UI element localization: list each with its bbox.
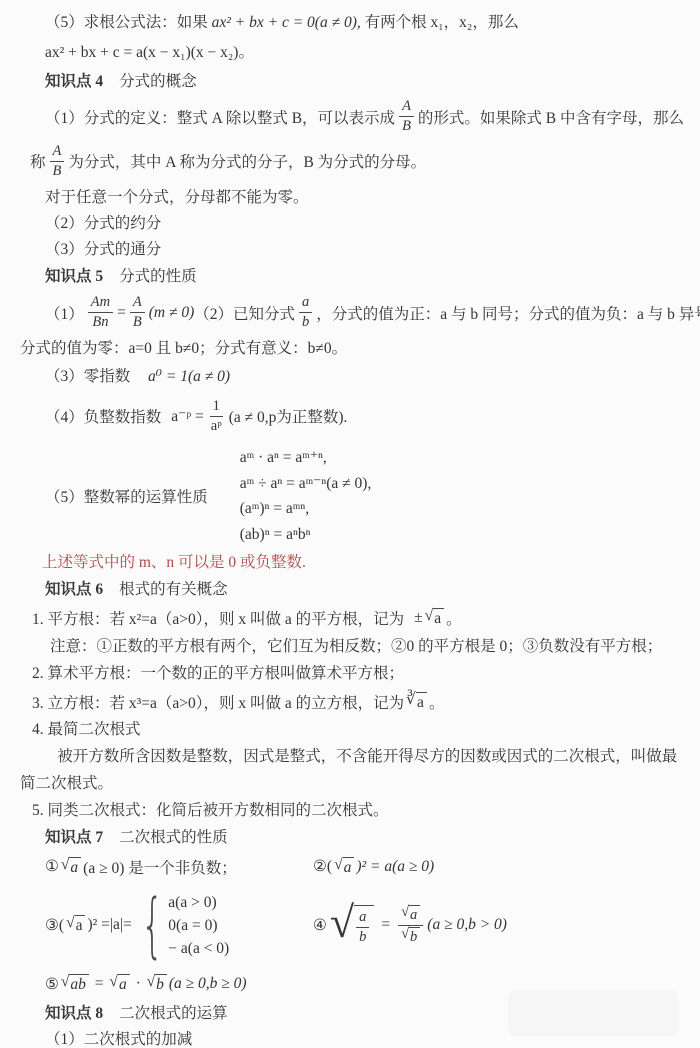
kp7-c5-condition: (a ≥ 0,b ≥ 0) [169, 975, 247, 993]
kp7-heading: 知识点 7二次根式的性质 [20, 824, 682, 851]
radicand: a [433, 608, 444, 628]
watermark [508, 990, 678, 1036]
power-rule-distributive: (ab)ⁿ = aⁿbⁿ [240, 522, 372, 548]
kp5-heading-title: 分式的性质 [119, 268, 197, 285]
kp4-def2-pre: 称 [30, 150, 46, 172]
square-root-of-fraction: √ a b [330, 905, 374, 945]
kp6-heading-label: 知识点 6 [45, 581, 103, 598]
fraction-1-over-a-power-p: 1 aᵖ [208, 398, 225, 434]
quadratic-equation: ax² + bx + c = 0(a ≠ 0), [212, 14, 361, 31]
fraction-numerator: A [399, 98, 414, 117]
zero-exponent-formula: a⁰ = 1(a ≠ 0) [148, 368, 230, 385]
case-negative: − a(a < 0) [168, 937, 229, 960]
case-zero: 0(a = 0) [168, 914, 229, 937]
kp6-item-4-body: 被开方数所含因数是整数，因式是整式，不含能开得尽方的因数或因式的二次根式，叫做最… [20, 743, 682, 797]
kp5-heading-label: 知识点 5 [45, 268, 103, 285]
kp6-item-4-simplest-radical: 4. 最简二次根式 [20, 716, 682, 743]
square-root-ab: √ ab [61, 974, 89, 994]
kp7-heading-label: 知识点 7 [45, 829, 103, 846]
kp5-p2-post: ，分式的值为正：a 与 b 同号；分式的值为负：a 与 b 异号； [316, 302, 700, 324]
radical-sign: √ [334, 857, 343, 873]
radicand: b [155, 974, 167, 994]
fraction-a-over-b: a b [299, 294, 312, 330]
power-rule-quotient: aᵐ ÷ aⁿ = aᵐ⁻ⁿ(a ≠ 0), [240, 471, 372, 497]
square-root-a: √ a [61, 857, 81, 877]
kp4-def2-post: 为分式，其中 A 称为分式的分子，B 为分式的分母。 [68, 150, 426, 172]
kp5-p1-number: （1） [45, 302, 84, 324]
intro-line-2-factored-form: ax² + bx + c = a(x − x₁)(x − x₂)。 [20, 37, 682, 68]
kp7-c4-number: ④ [313, 916, 327, 935]
radical-sign: √ [425, 608, 434, 624]
kp7-c3-mid: )² =|a|= [87, 916, 131, 934]
fraction-numerator: A [130, 294, 145, 313]
kp8-heading-label: 知识点 8 [45, 1005, 103, 1022]
kp7-properties-row-2: ③( √ a )² =|a|= { a(a > 0) 0(a = 0) − a(… [20, 882, 682, 968]
radicand: a [69, 857, 81, 877]
kp7-c1-post: (a ≥ 0) 是一个非负数； [83, 856, 237, 878]
kp6-item-1-square-root: 1. 平方根：若 x²=a（a>0），则 x 叫做 a 的平方根，记为 ± √ … [20, 603, 682, 633]
fraction-numerator: a [299, 294, 312, 313]
kp6-heading: 知识点 6根式的有关概念 [20, 576, 682, 603]
power-rule-power: (aᵐ)ⁿ = aᵐⁿ, [240, 496, 372, 522]
intro-line1-post: 有两个根 x₁，x₂，那么 [365, 14, 519, 31]
kp4-heading: 知识点 4分式的概念 [20, 68, 682, 95]
fraction-numerator: a [356, 909, 369, 928]
kp5-p4-condition: (a ≠ 0,p为正整数). [229, 405, 348, 427]
kp7-c2-post: )² = a(a ≥ 0) [356, 858, 434, 876]
kp4-def-pre: （1）分式的定义：整式 A 除以整式 B，可以表示成 [45, 106, 395, 128]
radical-sign: √ [61, 857, 70, 873]
negative-exponent-lhs: a⁻ᵖ = [171, 407, 204, 426]
square-root-b: √ b [147, 974, 167, 994]
kp7-property-1: ① √ a (a ≥ 0) 是一个非负数； [45, 856, 313, 878]
kp5-p1-condition: (m ≠ 0) [149, 304, 195, 322]
radical-sign: √ [61, 974, 70, 990]
kp8-heading-title: 二次根式的运算 [119, 1005, 228, 1022]
kp7-properties-row-1: ① √ a (a ≥ 0) 是一个非负数； ②( √ a )² = a(a ≥ … [20, 851, 682, 882]
piecewise-cases: { a(a > 0) 0(a = 0) − a(a < 0) [136, 891, 230, 960]
kp4-note: 对于任意一个分式，分母都不能为零。 [20, 184, 682, 211]
kp5-property-5-power-rules: （5）整数幂的运算性质 aᵐ · aⁿ = aᵐ⁺ⁿ, aᵐ ÷ aⁿ = aᵐ… [20, 445, 682, 547]
kp5-property-1-2-line: （1） Am Bn = A B (m ≠ 0) （2）已知分式 a b ，分式的… [20, 290, 682, 335]
kp7-c2-number: ②( [313, 857, 332, 876]
fraction-A-over-B: A B [130, 294, 145, 330]
kp5-p4-label: （4）负整数指数 [45, 405, 161, 427]
cube-radical-sign: ∛ [406, 692, 416, 708]
fraction-A-over-B: A B [399, 98, 414, 134]
kp5-p5-label: （5）整数幂的运算性质 [45, 485, 208, 507]
plus-minus-sign: ± [414, 609, 423, 627]
intro-line-1: （5）求根公式法：如果 ax² + bx + c = 0(a ≠ 0), 有两个… [20, 8, 682, 37]
fraction-Am-over-Bn: Am Bn [88, 294, 113, 330]
fraction-denominator: b [356, 928, 369, 946]
fraction-denominator: Bn [89, 313, 111, 331]
kp5-heading: 知识点 5分式的性质 [20, 263, 682, 290]
kp6-item-3-cube-root: 3. 立方根：若 x³=a（a>0），则 x 叫做 a 的立方根，记为 ∛ a … [20, 687, 682, 716]
radicand: a [343, 857, 355, 877]
radical-sign: √ [66, 915, 75, 931]
fraction-denominator: √ b [398, 926, 423, 946]
square-root-a: √ a [66, 915, 85, 935]
radicand: a [75, 915, 86, 935]
power-rules-list: aᵐ · aⁿ = aᵐ⁺ⁿ, aᵐ ÷ aⁿ = aᵐ⁻ⁿ(a ≠ 0), (… [240, 445, 372, 547]
equals-sign: = [117, 304, 126, 322]
cube-root-a: ∛ a [406, 692, 427, 712]
kp5-property-4-negative-exponent: （4）负整数指数 a⁻ᵖ = 1 aᵖ (a ≠ 0,p为正整数). [20, 392, 682, 440]
case-rows: a(a > 0) 0(a = 0) − a(a < 0) [168, 891, 229, 960]
kp7-c3-number: ③( [45, 916, 64, 935]
fraction-denominator: aᵖ [208, 417, 225, 435]
kp7-c4-condition: (a ≥ 0,b > 0) [427, 916, 507, 934]
power-rule-product: aᵐ · aⁿ = aᵐ⁺ⁿ, [240, 445, 372, 471]
radicand: a [416, 692, 427, 712]
radical-sign: √ [330, 905, 354, 941]
kp5-property-3-zero-exponent: （3）零指数 a⁰ = 1(a ≠ 0) [20, 362, 682, 392]
kp6-heading-title: 根式的有关概念 [119, 581, 228, 598]
kp7-c5-number: ⑤ [45, 975, 59, 994]
kp6-note: 注意：①正数的平方根有两个，它们互为相反数；②0 的平方根是 0；③负数没有平方… [20, 633, 682, 660]
kp4-item-3: （3）分式的通分 [20, 237, 682, 263]
fraction-numerator: √ a [398, 905, 423, 926]
radical-sign: √ [109, 974, 118, 990]
fraction-numerator: A [50, 143, 65, 162]
square-root-a: √ a [401, 905, 420, 924]
fraction-sqrt-a-over-sqrt-b: √ a √ b [398, 905, 423, 945]
square-root-b: √ b [401, 927, 420, 946]
kp7-property-4-quotient-rule: ④ √ a b = √ a [313, 905, 507, 945]
square-root-a: √ a [334, 857, 354, 877]
kp4-heading-label: 知识点 4 [45, 73, 103, 90]
kp4-item-2: （2）分式的约分 [20, 211, 682, 237]
kp4-def-post: 的形式。如果除式 B 中含有字母，那么 [418, 106, 684, 128]
radical-sign: √ [147, 974, 156, 990]
square-root-a: √ a [425, 608, 444, 628]
kp7-c1-number: ① [45, 857, 59, 876]
intro-line1-pre: （5）求根公式法：如果 [45, 14, 208, 31]
square-root-a: √ a [109, 974, 129, 994]
case-brace: { [141, 892, 163, 959]
kp6-i1-pre: 1. 平方根：若 x²=a（a>0），则 x 叫做 a 的平方根，记为 [32, 607, 404, 629]
kp5-p2-pre: （2）已知分式 [194, 302, 295, 324]
kp7-property-2: ②( √ a )² = a(a ≥ 0) [313, 857, 434, 877]
radical-sign: √ [401, 905, 409, 920]
radical-sign: √ [401, 927, 409, 942]
kp6-item-5-like-radicals: 5. 同类二次根式：化简后被开方数相同的二次根式。 [20, 797, 682, 824]
radicand: a b [354, 905, 374, 945]
kp4-definition-line: （1）分式的定义：整式 A 除以整式 B，可以表示成 A B 的形式。如果除式 … [20, 95, 682, 138]
case-positive: a(a > 0) [168, 891, 229, 914]
document-page: （5）求根公式法：如果 ax² + bx + c = 0(a ≠ 0), 有两个… [0, 0, 700, 1048]
kp4-heading-title: 分式的概念 [119, 73, 197, 90]
equals-sign: = [381, 916, 390, 934]
fraction-denominator: B [130, 313, 145, 331]
fraction-numerator: Am [88, 294, 113, 313]
fraction-denominator: B [399, 117, 414, 135]
radicand: a [409, 905, 420, 924]
multiplication-dot: · [132, 975, 145, 993]
kp6-item-2-arithmetic-square-root: 2. 算术平方根：一个数的正的平方根叫做算术平方根； [20, 660, 682, 687]
fraction-numerator: 1 [210, 398, 223, 417]
kp6-i3-end: 。 [429, 691, 445, 713]
kp5-property-2-continued: 分式的值为零：a=0 且 b≠0；分式有意义：b≠0。 [20, 335, 682, 362]
kp6-i3-pre: 3. 立方根：若 x³=a（a>0），则 x 叫做 a 的立方根，记为 [32, 691, 404, 713]
radicand: ab [69, 974, 89, 994]
kp5-p3-label: （3）零指数 [45, 368, 130, 385]
fraction-A-over-B: A B [50, 143, 65, 179]
equals-sign: = [91, 975, 108, 993]
kp5-red-note: 上述等式中的 m、n 可以是 0 或负整数. [20, 550, 682, 576]
kp6-i1-end: 。 [446, 607, 462, 629]
radicand: a [118, 974, 130, 994]
fraction-a-over-b: a b [356, 909, 369, 945]
kp4-definition-line-2: 称 A B 为分式，其中 A 称为分式的分子，B 为分式的分母。 [20, 138, 682, 184]
fraction-denominator: b [299, 313, 312, 331]
radicand: b [409, 927, 420, 946]
fraction-denominator: B [50, 162, 65, 180]
kp7-heading-title: 二次根式的性质 [119, 829, 228, 846]
kp7-property-3-absolute-value: ③( √ a )² =|a|= { a(a > 0) 0(a = 0) − a(… [45, 891, 313, 960]
